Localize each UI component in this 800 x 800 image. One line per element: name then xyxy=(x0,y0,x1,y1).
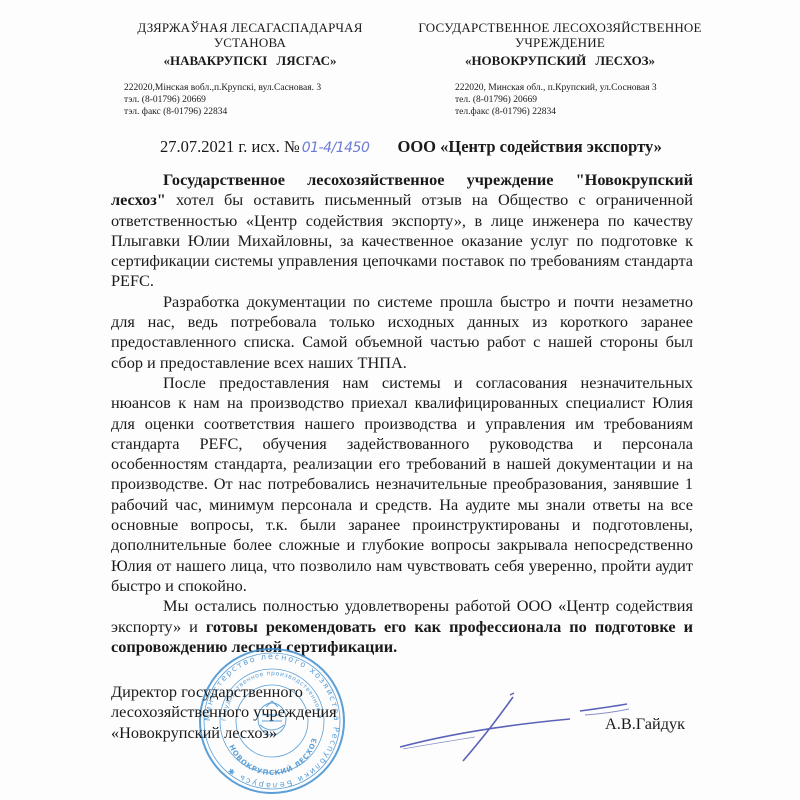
org-line-1: ДЗЯРЖАЎНАЯ ЛЕСАГАСПАДАРЧАЯ xyxy=(100,20,400,35)
org-phone: тэл. (8-01796) 20669 xyxy=(124,94,400,106)
org-line-2: УСТАНОВА xyxy=(100,35,400,50)
addressee: ООО «Центр содействия экспорту» xyxy=(397,137,661,156)
signatory-title-line-1: Директор государственного xyxy=(111,682,337,702)
paragraph-3: После предоставления нам системы и согла… xyxy=(111,373,693,596)
letter-page: ДЗЯРЖАЎНАЯ ЛЕСАГАСПАДАРЧАЯ УСТАНОВА «НАВ… xyxy=(0,0,800,800)
signatory-title-line-2: лесохозяйственного учреждения xyxy=(111,702,337,722)
letter-body: Государственное лесохозяйственное учрежд… xyxy=(111,170,693,657)
paragraph-2: Разработка документации по системе прошл… xyxy=(111,292,693,373)
letterhead-russian: ГОСУДАРСТВЕННОЕ ЛЕСОХОЗЯЙСТВЕННОЕ УЧРЕЖД… xyxy=(405,20,715,118)
letter-date: 27.07.2021 г. xyxy=(160,137,247,156)
letterhead-belarusian: ДЗЯРЖАЎНАЯ ЛЕСАГАСПАДАРЧАЯ УСТАНОВА «НАВ… xyxy=(100,20,400,118)
org-address: 222020, Минская обл., п.Крупский, ул.Сос… xyxy=(455,82,715,94)
signatory-title-line-3: «Новокрупский лесхоз» xyxy=(111,723,337,743)
signatory-title: Директор государственного лесохозяйствен… xyxy=(111,682,337,743)
org-name: «НОВОКРУПСКИЙ ЛЕСХОЗ» xyxy=(405,53,715,68)
outgoing-number-handwritten: 01-4/1450 xyxy=(302,140,370,156)
org-address: 222020,Мінская вобл.,п.Крупскі, вул.Сасн… xyxy=(124,82,400,94)
org-phone: тел. (8-01796) 20669 xyxy=(455,94,715,106)
reference-line: 27.07.2021 г. исх. №01-4/1450 ООО «Центр… xyxy=(160,137,700,157)
paragraph-1: Государственное лесохозяйственное учрежд… xyxy=(111,170,693,292)
org-line-1: ГОСУДАРСТВЕННОЕ ЛЕСОХОЗЯЙСТВЕННОЕ xyxy=(405,20,715,35)
org-contacts: 222020, Минская обл., п.Крупский, ул.Сос… xyxy=(405,82,715,118)
org-fax: тел.факс (8-01796) 22834 xyxy=(455,106,715,118)
org-name: «НАВАКРУПСКІ ЛЯСГАС» xyxy=(100,53,400,68)
org-contacts: 222020,Мінская вобл.,п.Крупскі, вул.Сасн… xyxy=(100,82,400,118)
org-fax: тэл. факс (8-01796) 22834 xyxy=(124,106,400,118)
paragraph-1-text: хотел бы оставить письменный отзыв на Об… xyxy=(111,190,693,290)
outgoing-label: исх. № xyxy=(252,137,300,156)
handwritten-signature-icon xyxy=(395,685,635,765)
org-line-2: УЧРЕЖДЕНИЕ xyxy=(405,35,715,50)
